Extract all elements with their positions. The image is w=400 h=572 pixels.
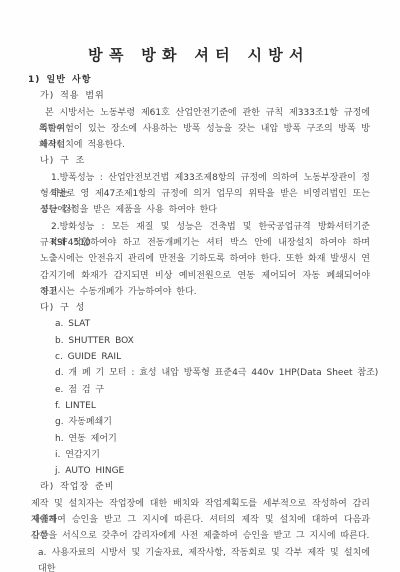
heading-scope: 가) 적용 범위 bbox=[40, 88, 370, 104]
workplace-paragraph-line: 제작 및 설치자는 작업장에 대한 배치와 작업계획도를 세부적으로 작성하여 … bbox=[31, 496, 370, 512]
component-item-motor: d. 개 폐 기 모터 : 효성 내압 방폭형 표준4극 440v 1HP(Da… bbox=[55, 365, 370, 381]
explosion-proof-performance-line: 1.방폭성능 : 산업안전보건법 제33조제8항의 규정에 의하여 노동부장관이… bbox=[51, 170, 370, 186]
scope-paragraph-line: 본 시방서는 노동부령 제61호 산업안전기준에 관한 규칙 제333조1항 규… bbox=[39, 105, 370, 121]
heading-composition: 다) 구 성 bbox=[40, 300, 370, 316]
explosion-proof-performance-line: 성능 검정을 받은 제품을 사용 하여야 한다 bbox=[40, 202, 370, 218]
fire-proof-performance-line: 규격에 적합하여야 하고 전동개폐기는 셔터 박스 안에 내장설치 하여야 하며 bbox=[40, 235, 370, 251]
component-item-auto-hinge: j. AUTO HINGE bbox=[55, 463, 370, 479]
component-item-smoke-detector: i. 연감지기 bbox=[55, 447, 370, 463]
fire-proof-performance-line: 2.방화성능 : 모든 재질 및 성능은 건축법 및 한국공업규격 방화셔터기준… bbox=[51, 219, 370, 235]
component-item-interlock-controller: h. 연동 제어기 bbox=[55, 431, 370, 447]
document-page: 방폭 방화 셔터 시방서 1) 일반 사항 가) 적용 범위 본 시방서는 노동… bbox=[0, 0, 400, 572]
heading-workplace-preparation: 라) 작업장 준비 bbox=[40, 479, 370, 495]
document-title: 방폭 방화 셔터 시방서 bbox=[28, 44, 370, 66]
fire-proof-performance-line: 노출시에는 안전유지 관리에 만전을 기하도록 하여야 한다. 또한 화재 발생… bbox=[40, 251, 370, 267]
explosion-proof-performance-line: 형식별로 영 제47조제1항의 규정에 의거 업무의 위탁을 받은 비영리법인 … bbox=[40, 186, 370, 202]
component-item-lintel: f. LINTEL bbox=[55, 398, 370, 414]
component-item-auto-closer: g. 자동폐쇄기 bbox=[55, 414, 370, 430]
scope-paragraph-line: 폭발위험이 있는 장소에 사용하는 방폭 성능을 갖는 내압 방폭 구조의 방폭… bbox=[39, 121, 370, 137]
workplace-paragraph-line: 사항을 서식으로 갖추어 감리자에게 사전 제출하여 승인을 받고 그 지시에 … bbox=[31, 528, 370, 544]
heading-general-matters: 1) 일반 사항 bbox=[28, 72, 370, 88]
workplace-paragraph-line: 제출하여 승인을 받고 그 지시에 따른다. 셔터의 제작 및 설치에 대하여 … bbox=[31, 512, 370, 528]
component-item-guide-rail: c. GUIDE RAIL bbox=[55, 349, 370, 365]
fire-proof-performance-line: 정전시는 수동개폐가 가능하여야 한다. bbox=[40, 284, 370, 300]
component-item-shutter-box: b. SHUTTER BOX bbox=[55, 333, 370, 349]
component-item-inspection-hole: e. 점 검 구 bbox=[55, 382, 370, 398]
component-item-slat: a. SLAT bbox=[55, 316, 370, 332]
fire-proof-performance-line: 감지기에 화재가 감지되면 비상 예비전원으로 연동 제어되어 자동 폐쇄되어야… bbox=[40, 268, 370, 284]
heading-structure: 나) 구 조 bbox=[40, 153, 370, 169]
workplace-sub-item: a. 사용자료의 시방서 및 기술자료, 제작사항, 작동회로 및 각부 제작 … bbox=[38, 545, 370, 561]
scope-paragraph-line: 제작설치에 적용한다. bbox=[39, 137, 370, 153]
